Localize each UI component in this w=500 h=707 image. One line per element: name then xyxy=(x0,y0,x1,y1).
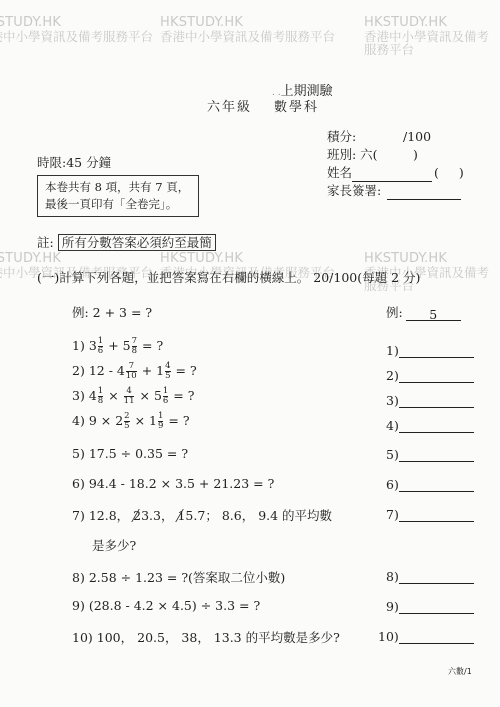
question-6: 6) 94.4 - 18.2 × 3.5 + 21.23 = ? xyxy=(72,476,274,491)
question-1: 1) 316 + 578 = ? xyxy=(72,337,163,356)
answer-line-6[interactable]: 6) xyxy=(386,477,474,492)
page-code: 六數/1 xyxy=(448,666,472,677)
name-field[interactable] xyxy=(352,168,432,182)
question-7: 7) 12.8， 23.3， 15.7； 8.6， 9.4 的平均數 xyxy=(72,506,332,524)
name-row: 姓名() xyxy=(327,164,464,182)
grade: 六年級 xyxy=(207,100,252,115)
answer-line-4[interactable]: 4) xyxy=(386,418,474,433)
answer-line-3[interactable]: 3) xyxy=(386,393,474,408)
answer-line-10[interactable]: 10) xyxy=(378,629,474,644)
parent-signature-field[interactable] xyxy=(387,186,461,200)
question-8: 8) 2.58 ÷ 1.23 = ?(答案取二位小數) xyxy=(72,568,285,586)
answer-line-2[interactable]: 2) xyxy=(386,368,474,383)
question-9: 9) (28.8 - 4.2 × 4.5) ÷ 3.3 = ? xyxy=(72,598,260,613)
answer-line-7[interactable]: 7) xyxy=(386,507,474,522)
paper-info-box: 本卷共有 8 項，共有 7 頁， 最後一頁印有「全卷完」。 xyxy=(37,175,199,217)
section-title: (一)計算下列各題，並把答案寫在右欄的橫線上。 20/100(每題 2 分) xyxy=(37,268,420,286)
question-5: 5) 17.5 ÷ 0.35 = ? xyxy=(72,446,188,461)
answer-line-9[interactable]: 9) xyxy=(386,599,474,614)
watermark: HKSTUDY.HK香港中小學資訊及備考服務平台 xyxy=(160,16,335,43)
parent-sign-row: 家長簽署: xyxy=(327,182,464,200)
student-info: 積分:/100 班別: 六() 姓名() 家長簽署: xyxy=(327,128,464,200)
answer-line-1[interactable]: 1) xyxy=(386,343,474,358)
example-question: 例: 2 + 3 = ? xyxy=(72,303,152,321)
watermark: HKSTUDY.HK香港中小學資訊及備考服務平台 xyxy=(0,16,153,43)
score-row: 積分:/100 xyxy=(327,128,464,146)
question-10: 10) 100， 20.5， 38， 13.3 的平均數是多少? xyxy=(72,628,340,646)
grade-subject: 六年級數學科 xyxy=(207,96,319,115)
subject: 數學科 xyxy=(274,100,319,115)
class-row: 班別: 六() xyxy=(327,146,464,164)
answer-line-5[interactable]: 5) xyxy=(386,447,474,462)
answer-line-8[interactable]: 8) xyxy=(386,569,474,584)
question-7-line2: 是多少? xyxy=(92,536,136,554)
note: 註: 所有分數答案必須約至最簡 xyxy=(37,233,216,251)
question-4: 4) 9 × 225 × 119 = ? xyxy=(72,412,190,431)
question-3: 3) 418 × 411 × 516 = ? xyxy=(72,387,194,406)
watermark: HKSTUDY.HK香港中小學資訊及備考服務平台 xyxy=(364,16,500,56)
example-answer: 例:5 xyxy=(386,303,461,321)
time-limit: 時限:45 分鐘 xyxy=(37,153,111,171)
question-2: 2) 12 - 4710 + 145 = ? xyxy=(72,362,197,381)
